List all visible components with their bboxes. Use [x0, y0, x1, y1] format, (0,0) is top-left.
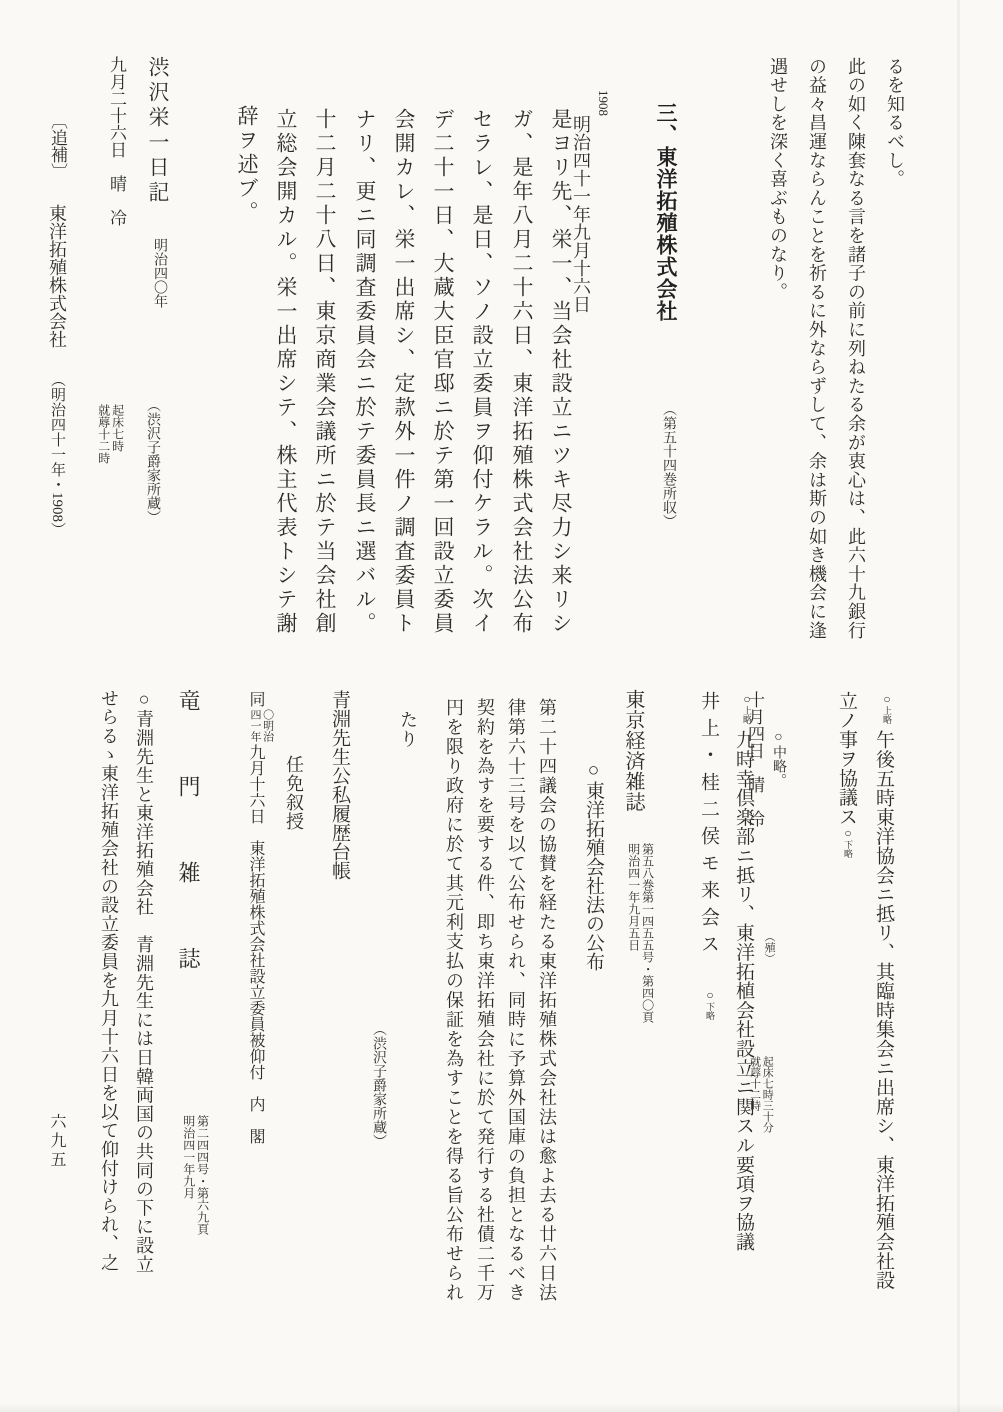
volume-note: （第五十四巻所収） [661, 402, 675, 528]
magazine-citation: 第五八巻第一四五五号・第四〇頁 明治四一年九月五日 [626, 843, 654, 1023]
year-note-left: 四一年 [248, 709, 261, 742]
citation-issue: 第五八巻第一四五五号・第四〇頁 [640, 843, 654, 1023]
summary-line: ナリ、更ニ同調査委員会ニ於テ委員長ニ選バル。 [354, 108, 375, 636]
diary-quote-line: 立ノ事ヲ協議ス [837, 691, 856, 826]
diary-section-title: 渋沢栄一日記 [147, 56, 168, 206]
omission-circle: ○ [703, 988, 717, 1002]
quote-line: 此の如く陳套なる言を諸子の前に列ねたる余が衷心は、此六十九銀行 [847, 57, 865, 640]
scanned-book-page: るを知るべし。 此の如く陳套なる言を諸子の前に列ねたる余が衷心は、此六十九銀行 … [0, 0, 1003, 1412]
omission-label: 上略 [882, 706, 892, 724]
year-note-right: 〇明治 [261, 709, 274, 742]
summary-line: デ二十一日、大蔵大臣官邸ニ於テ第一回設立委員 [432, 108, 453, 636]
quote-line: るを知るべし。 [886, 57, 904, 189]
summary-line: ガ、是年八月二十六日、東洋拓殖株式会社法公布 [511, 108, 532, 636]
western-year: 1908 [597, 90, 610, 116]
summary-line: 立総会開カル。栄一出席シテ、株主代表トシテ謝 [275, 108, 296, 636]
article-subheading: ○東洋拓殖会社法の公布 [584, 760, 603, 971]
summary-line: セラレ、是日、ソノ設立委員ヲ仰付ケラル。次イ [471, 108, 492, 636]
article-heading: 三、東洋拓殖株式会社 [655, 102, 676, 322]
magazine-section-title: 東京経済雑誌 [623, 689, 643, 812]
record-entry-year-note: 〇明治四一年 [248, 709, 273, 742]
magazine-body-line: 契約を為すを要する件、即ち東洋拓殖会社に於て発行する社債二千万 [476, 698, 494, 1303]
record-entry-text: 九月十六日 東洋拓殖株式会社設立委員被仰付 内 閣 [247, 744, 264, 1144]
citation-date: 明治四一年九月五日 [626, 843, 640, 1023]
diary-quote-line: 午後五時東洋協会ニ抵リ、其臨時集会ニ出席シ、東洋拓殖会社設 [874, 730, 893, 1290]
omission-mark-middle: ○中略。 [771, 730, 785, 787]
omission-circle: ○ [880, 692, 894, 706]
record-entry: 同〇明治四一年九月十六日 東洋拓殖株式会社設立委員被仰付 内 閣 [247, 691, 274, 1144]
wakeup-time-note: 起床七時 [110, 404, 124, 464]
omission-mark-bottom: ○下略 [702, 988, 718, 1020]
magazine-body-line: たり [399, 710, 417, 749]
omission-label: 下略 [843, 840, 853, 858]
diary-entry-annotation: 起床七時 就蓐十二時 [96, 404, 124, 464]
diary-quote-line: 井上・桂二侯モ来会ス [699, 691, 718, 961]
summary-line: 是ヨリ先、栄一、当会社設立ニツキ尽力シ来リシ [550, 108, 571, 636]
record-entry-prefix: 同 [247, 691, 264, 707]
omission-mark-top: ○上略 [879, 692, 895, 724]
citation-date: 明治四一年九月 [181, 1115, 195, 1235]
magazine-body-line: 第二十四議会の協賛を経たる東洋拓殖株式会社法は愈よ去る廿六日法 [538, 698, 556, 1303]
citation-issue: 第二四四号・第六九頁 [195, 1115, 209, 1235]
ryumon-body-line: ○青淵先生と東洋拓殖会社 青淵先生には日韓両国の共同の下に設立 [135, 689, 153, 1274]
scan-fold-line [957, 0, 960, 1412]
diary-year-note: 明治四〇年 [152, 238, 166, 308]
margin-year: （明治四十一年・1908） [49, 372, 65, 537]
kanji-correction-gloss: （殖） [763, 931, 774, 964]
date-heading: 明治四十一年九月十六日 [572, 115, 590, 313]
omission-mark-bottom: ○下略 [840, 826, 856, 858]
diary-entry-date: 九月二十六日 晴 冷 [108, 56, 125, 226]
omission-circle: ○ [740, 692, 754, 706]
wakeup-time-note: 起床七時三十分 [761, 1056, 774, 1133]
ryumon-body-line: せらるゝ東洋拓殖会社の設立委員を九月十六日を以て仰付けられ、之 [100, 689, 118, 1272]
omission-label: 上略 [742, 706, 752, 724]
scan-bottom-edge [0, 1404, 1003, 1412]
quote-line: 遇せしを深く喜ぶものなり。 [769, 57, 787, 301]
page-number: 六九五 [48, 1113, 64, 1170]
summary-line: 辞ヲ述ブ。 [236, 105, 257, 225]
bedtime-note: 就蓐十二時 [96, 404, 110, 464]
ryumon-section-title: 竜門雑誌 [177, 689, 199, 1033]
omission-label: 下略 [705, 1002, 715, 1020]
quote-line: の益々昌運ならんことを祈るに外ならずして、余は斯の如き機会に逢 [808, 57, 826, 640]
magazine-body-line: 円を限り政府に於て其元利支払の保証を為すことを得る旨公布せられ [445, 698, 463, 1303]
record-section-title: 青淵先生公私履歴台帳 [330, 690, 349, 880]
diary-quote-line: 九時幸倶楽部ニ抵リ、東洋拓植会社設立ニ関スル要項ヲ協議 [734, 730, 753, 1251]
record-source-note: （渋沢子爵家所蔵） [371, 1022, 385, 1148]
margin-title: 東洋拓殖株式会社 [47, 204, 67, 348]
magazine-body-line: 律第六十三号を以て公布せられ、同時に予算外国庫の負担となるべき [507, 698, 525, 1303]
summary-line: 十二月二十八日、東京商業会議所ニ於テ当会社創 [314, 108, 335, 636]
summary-line: 会開カレ、栄一出席シ、定款外一件ノ調査委員ト [393, 108, 414, 636]
margin-supplement-label: 〔追補〕 [48, 112, 67, 180]
omission-mark-top: ○上略 [739, 692, 755, 724]
omission-circle: ○ [841, 826, 855, 840]
diary-source-note: （渋沢子爵家所蔵） [145, 398, 159, 524]
ryumon-citation: 第二四四号・第六九頁 明治四一年九月 [181, 1115, 209, 1235]
record-subheading: 任免叙授 [285, 755, 303, 831]
margin-running-title: 〔追補〕 東洋拓殖株式会社 （明治四十一年・1908） [48, 112, 66, 537]
